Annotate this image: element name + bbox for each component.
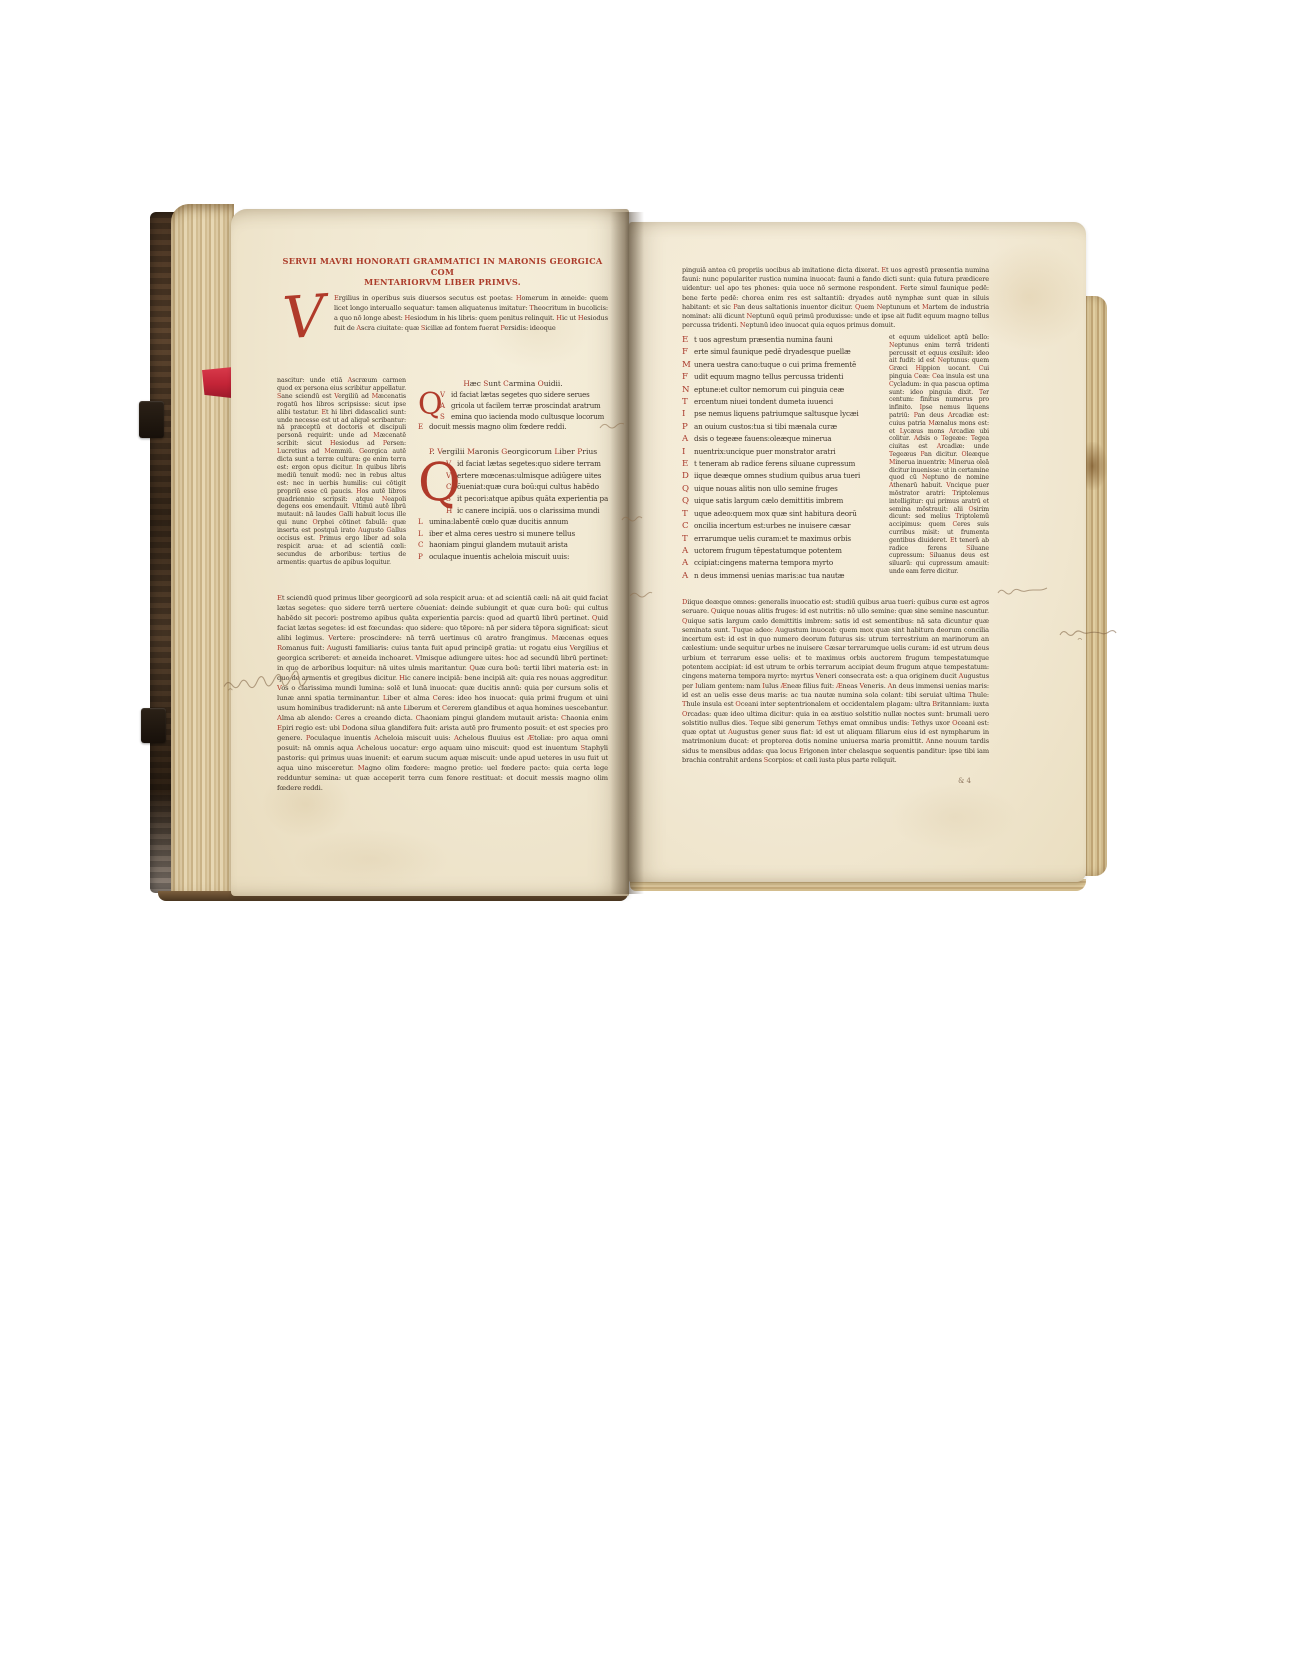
rubricated-capital: S xyxy=(966,545,970,552)
marginal-annotation-right-2 xyxy=(1058,625,1119,645)
rubricated-capital: E xyxy=(799,747,804,755)
verse-text: ic canere incipiā. uos o clarissima mund… xyxy=(454,506,600,515)
verse-initial: T xyxy=(682,396,691,408)
rubricated-capital: T xyxy=(968,691,972,699)
ovid-verse-heading: Hæc Sunt Carmina Ouidii. xyxy=(418,379,608,388)
left-page-text-block: SERVII MAVRI HONORATI GRAMMATICI IN MARO… xyxy=(277,256,608,815)
rubricated-capital: A xyxy=(327,644,332,652)
rubricated-capital: A xyxy=(959,672,964,680)
rubricated-capital: T xyxy=(732,626,736,634)
rubricated-capital: H xyxy=(556,314,562,322)
rubricated-capital: M xyxy=(467,447,475,456)
incipit-section: V Ergilius in operibus suis diuersos sec… xyxy=(277,293,608,353)
rubricated-capital: A xyxy=(357,744,362,752)
verse-initial: T xyxy=(682,508,691,520)
book-photo: SERVII MAVRI HONORATI GRAMMATICI IN MARO… xyxy=(0,0,1301,1672)
rubricated-capital: M xyxy=(358,764,365,772)
rubricated-capital: N xyxy=(877,303,883,311)
drop-cap-Q-small: Q xyxy=(418,390,440,420)
verse-line: Adsis o tegeæe fauens:oleæque minerua xyxy=(682,433,881,445)
rubricated-capital: T xyxy=(912,719,916,727)
bookmark-tab xyxy=(202,367,233,398)
rubricated-capital: T xyxy=(529,304,533,312)
side-column-commentary: et equum uidelicet aptū bello: Neptunus … xyxy=(889,334,989,586)
rubricated-capital: Q xyxy=(711,607,716,615)
incipit-text: Ergilius in operibus suis diuersos secut… xyxy=(334,293,608,333)
verse-text: t teneram ab radice ferens siluane cupre… xyxy=(691,459,855,468)
verse-text: gricola ut facilem terræ proscindat arat… xyxy=(448,402,601,410)
rubricated-capital: M xyxy=(372,393,378,400)
heading-line-1: SERVII MAVRI HONORATI GRAMMATICI IN MARO… xyxy=(277,256,608,277)
verse-line: Hic canere incipiā. uos o clarissima mun… xyxy=(446,505,608,517)
rubricated-capital: G xyxy=(501,447,507,456)
rubricated-capital: H xyxy=(356,488,361,495)
left-page-heading: SERVII MAVRI HONORATI GRAMMATICI IN MARO… xyxy=(277,256,608,288)
rubricated-capital: O xyxy=(735,700,740,708)
rubricated-capital: S xyxy=(483,379,488,388)
verse-line: An deus immensi uenias maris:ac tua naut… xyxy=(682,570,881,582)
drop-cap-Q-large: Q xyxy=(418,458,446,508)
page-stain xyxy=(889,782,1019,852)
inset-verse-column: Hæc Sunt Carmina Ouidii. Q Vid faciat læ… xyxy=(418,357,608,585)
rubricated-capital: G xyxy=(359,448,364,455)
rubricated-capital: T xyxy=(682,700,686,708)
verse-initial: A xyxy=(682,570,691,582)
rubricated-capital: S xyxy=(929,552,933,559)
rubricated-capital: V xyxy=(570,644,574,652)
rubricated-capital: L xyxy=(383,694,387,702)
clasp-top xyxy=(139,401,164,438)
verse-text: udit equum magno tellus percussa trident… xyxy=(691,372,843,381)
verse-text: uique nouas alitis non ullo semine fruge… xyxy=(691,484,838,493)
right-page-text-block: pinguiā antea cū propriis uocibus ab imi… xyxy=(682,266,989,785)
verse-initial: M xyxy=(682,359,691,371)
verse-initial: F xyxy=(682,346,691,358)
fore-edge-stain xyxy=(1083,442,1107,490)
rubricated-capital: G xyxy=(339,511,344,518)
rubricated-capital: T xyxy=(941,435,945,442)
rubricated-capital: I xyxy=(920,404,922,411)
rubricated-capital: Æ xyxy=(781,682,788,690)
verse-text: n deus immensi uenias maris:ac tua nautæ xyxy=(691,571,844,580)
rubricated-capital: E xyxy=(950,537,954,544)
rubricated-capital: A xyxy=(888,682,893,690)
verse-text: id faciat lætas segetes quo sidere serue… xyxy=(448,391,590,399)
verse-line: Neptune:et cultor nemorum cui pinguia ce… xyxy=(682,384,881,396)
rubricated-capital: Q xyxy=(855,303,860,311)
rubricated-capital: A xyxy=(277,714,282,722)
rubricated-capital: A xyxy=(356,324,361,332)
rubricated-capital: L xyxy=(900,428,904,435)
rubricated-capital: V xyxy=(860,682,864,690)
rubricated-capital: C xyxy=(914,373,919,380)
verse-text: dsis o tegeæe fauens:oleæque minerua xyxy=(691,434,831,443)
verse-initial: Q xyxy=(682,483,691,495)
rubricated-capital: A xyxy=(948,412,952,419)
verse-text: uque adeo:quem mox quæ sint habitura deo… xyxy=(691,509,857,518)
verse-line: Vid faciat lætas segetes quo sidere seru… xyxy=(440,390,608,401)
verse-initial: F xyxy=(682,371,691,383)
rubricated-capital: V xyxy=(334,393,338,400)
rubricated-capital: M xyxy=(889,459,895,466)
rubricated-capital: A xyxy=(889,482,893,489)
rubricated-capital: A xyxy=(728,728,733,736)
verse-text: id faciat lætas segetes:quo sidere terra… xyxy=(454,459,601,468)
rubricated-capital: Æ xyxy=(836,682,843,690)
verse-text: nuentrix:uncique puer monstrator aratri xyxy=(691,447,836,456)
verse-text: unera uestra cano:tuque o cui prima frem… xyxy=(691,360,856,369)
verse-initial: V xyxy=(446,470,454,482)
rubricated-capital: M xyxy=(948,459,954,466)
verse-line: Tercentum niuei tondent dumeta iuuenci xyxy=(682,396,881,408)
verse-initial: S xyxy=(440,412,448,423)
rubricated-capital: P xyxy=(914,412,918,419)
rubricated-capital: T xyxy=(889,451,893,458)
verse-line: Et uos agrestum præsentia numina fauni xyxy=(682,334,881,346)
rubricated-capital: P xyxy=(733,303,737,311)
verse-initial: H xyxy=(446,505,454,517)
marginal-mark-gutter-3 xyxy=(628,590,654,600)
verse-initial: P xyxy=(682,421,691,433)
verse-line: Poculaque inuentis acheloia miscuit uuis… xyxy=(418,551,608,563)
verse-initial: C xyxy=(682,520,691,532)
rubricated-capital: A xyxy=(374,734,379,742)
rubricated-capital: C xyxy=(335,714,340,722)
rubricated-capital: E xyxy=(322,409,327,416)
rubricated-capital: L xyxy=(403,704,407,712)
rubricated-capital: O xyxy=(312,519,317,526)
rubricated-capital: Q xyxy=(682,617,687,625)
verse-text: umina:labentē cœlo quæ ducitis annum xyxy=(426,517,568,526)
rubricated-capital: M xyxy=(928,420,934,427)
verse-initial: A xyxy=(682,433,691,445)
verse-text: pse nemus liquens patriumque saltusque l… xyxy=(691,409,859,418)
verse-text: uique satis largum cælo demittitis imbre… xyxy=(691,496,843,505)
verse-initial: S xyxy=(446,493,454,505)
verse-line: Lumina:labentē cœlo quæ ducitis annum xyxy=(418,516,608,528)
rubricated-capital: V xyxy=(352,503,356,510)
verse-initial: A xyxy=(682,545,691,557)
rubricated-capital: C xyxy=(889,381,894,388)
verse-line: Concilia incertum est:urbes ne inuisere … xyxy=(682,520,881,532)
verse-initial: N xyxy=(682,384,691,396)
rubricated-capital: S xyxy=(764,756,768,764)
verse-text: haoniam pingui glandem mutauit arista xyxy=(426,540,568,549)
rubricated-capital: C xyxy=(561,714,566,722)
verse-initial: A xyxy=(682,557,691,569)
verse-initial: D xyxy=(682,470,691,482)
right-page: pinguiā antea cū propriis uocibus ab imi… xyxy=(629,222,1086,882)
rubricated-capital: O xyxy=(969,506,974,513)
verse-text: an ouium custos:tua si tibi mænala curæ xyxy=(691,422,837,431)
rubricated-capital: G xyxy=(889,365,894,372)
rubricated-capital: N xyxy=(938,357,943,364)
rubricated-capital: C xyxy=(932,373,937,380)
verse-line: Tuque adeo:quem mox quæ sint habitura de… xyxy=(682,508,881,520)
rubricated-capital: H xyxy=(330,440,335,447)
rubricated-capital: T xyxy=(979,389,983,396)
left-column-commentary: nascitur: unde etiā Ascræum carmen quod … xyxy=(277,377,406,585)
rubricated-capital: C xyxy=(979,365,984,372)
marginal-mark-gutter-2 xyxy=(620,514,644,524)
rubricated-capital: O xyxy=(952,719,957,727)
verse-line: Cōueniat:quæ cura boū:qui cultus habēdo xyxy=(446,481,608,493)
verse-line: Diique deæque omnes studium quibus arua … xyxy=(682,470,881,482)
rubricated-capital: A xyxy=(775,626,780,634)
verse-initial: T xyxy=(682,533,691,545)
verse-initial: E xyxy=(418,422,426,433)
rubricated-capital: A xyxy=(937,443,941,450)
rubricated-capital: I xyxy=(695,682,698,690)
rubricated-capital: M xyxy=(324,448,330,455)
verse-text: errarumque uelis curam:et te maximus orb… xyxy=(691,534,851,543)
rubricated-capital: E xyxy=(334,294,339,302)
rubricated-capital: P xyxy=(319,535,323,542)
rubricated-capital: A xyxy=(949,428,953,435)
rubricated-capital: C xyxy=(416,714,421,722)
rubricated-capital: S xyxy=(277,393,281,400)
rubricated-capital: V xyxy=(328,634,332,642)
rubricated-capital: O xyxy=(682,710,687,718)
rubricated-capital: I xyxy=(762,682,765,690)
verse-text: ccipiat:cingens materna tempora myrto xyxy=(691,558,833,567)
verse-initial: P xyxy=(418,551,426,563)
verse-line: Chaoniam pingui glandem mutauit arista xyxy=(418,539,608,551)
verse-line: Auctorem frugum tēpestatumque potentem xyxy=(682,545,881,557)
verse-line: Ferte simul faunique pedē dryadesque pue… xyxy=(682,346,881,358)
rubricated-capital: G xyxy=(386,527,391,534)
verse-initial: C xyxy=(418,539,426,551)
verse-initial: L xyxy=(418,528,426,540)
rubricated-capital: N xyxy=(747,312,753,320)
verse-line: Munera uestra cano:tuque o cui prima fre… xyxy=(682,359,881,371)
rubricated-capital: B xyxy=(932,700,937,708)
rubricated-capital: Æ xyxy=(527,734,534,742)
rubricated-capital: S xyxy=(421,324,425,332)
rubricated-capital: C xyxy=(433,694,438,702)
rubricated-capital: M xyxy=(373,432,379,439)
verse-line: Et teneram ab radice ferens siluane cupr… xyxy=(682,458,881,470)
rubricated-capital: T xyxy=(971,435,975,442)
drop-cap-V: V xyxy=(275,287,333,347)
verse-initial: E xyxy=(682,334,691,346)
clasp-bottom xyxy=(141,708,166,743)
rubricated-capital: A xyxy=(454,734,459,742)
right-page-bottom-commentary: Diique deæque omnes: generalis inuocatio… xyxy=(682,598,989,774)
verse-text: docuit messis magno olim fœdere reddi. xyxy=(426,423,566,431)
verse-line: Accipiat:cingens materna tempora myrto xyxy=(682,557,881,569)
rubricated-capital: V xyxy=(415,654,420,662)
rubricated-capital: P xyxy=(920,451,924,458)
right-page-columns: Et uos agrestum præsentia numina fauniFe… xyxy=(682,334,989,586)
fore-edge xyxy=(1083,296,1107,876)
verse-line: Vid faciat lætas segetes:quo sidere terr… xyxy=(446,458,608,470)
right-page-top-commentary: pinguiā antea cū propriis uocibus ab imi… xyxy=(682,266,989,330)
verse-initial: I xyxy=(682,408,691,420)
rubricated-capital: N xyxy=(922,474,927,481)
left-page-bottom-commentary: Et sciendū quod primus liber georgicorū … xyxy=(277,593,608,815)
verse-line: Inuentrix:uncique puer monstrator aratri xyxy=(682,446,881,458)
rubricated-capital: A xyxy=(358,527,362,534)
rubricated-capital: O xyxy=(962,451,967,458)
rubricated-capital: C xyxy=(953,521,958,528)
verse-text: ōueniat:quæ cura boū:qui cultus habēdo xyxy=(454,482,599,491)
rubricated-capital: N xyxy=(740,321,746,329)
verse-text: iber et alma ceres uestro si munere tell… xyxy=(426,529,575,538)
verse-text: iique deæque omnes studium quibus arua t… xyxy=(691,471,860,480)
rubricated-capital: E xyxy=(881,266,886,274)
georgics-verse-block: Q Vid faciat lætas segetes:quo sidere te… xyxy=(418,458,608,562)
rubricated-capital: T xyxy=(817,719,821,727)
verse-text: ercentum niuei tondent dumeta iuuenci xyxy=(691,397,833,406)
rubricated-capital: M xyxy=(922,303,929,311)
rubricated-capital: V xyxy=(946,482,950,489)
georgics-verse-lines: Vid faciat lætas segetes:quo sidere terr… xyxy=(418,458,608,562)
verse-line: Terrarumque uelis curam:et te maximus or… xyxy=(682,533,881,545)
rubricated-capital: Q xyxy=(592,614,597,622)
rubricated-capital: P xyxy=(577,447,582,456)
verse-text: erte simul faunique pedē dryadesque puel… xyxy=(691,347,851,356)
rubricated-capital: D xyxy=(682,598,687,606)
rubricated-capital: L xyxy=(554,447,559,456)
rubricated-capital: P xyxy=(500,324,504,332)
rubricated-capital: I xyxy=(356,464,358,471)
rubricated-capital: R xyxy=(277,644,282,652)
verse-text: oculaque inuentis acheloia miscuit uuis: xyxy=(426,552,569,561)
rubricated-capital: Q xyxy=(469,664,474,672)
verse-line: Liber et alma ceres uestro si munere tel… xyxy=(418,528,608,540)
rubricated-capital: F xyxy=(900,284,904,292)
verse-initial: E xyxy=(682,458,691,470)
verse-line: Pan ouium custos:tua si tibi mænala curæ xyxy=(682,421,881,433)
page-stain xyxy=(291,829,451,889)
verse-initial: Q xyxy=(682,495,691,507)
verse-line: Semina quo iacienda modo cultusque locor… xyxy=(440,412,608,423)
verse-text: eptune:et cultor nemorum cui pinguia ceæ xyxy=(691,385,844,394)
rubricated-capital: C xyxy=(503,379,509,388)
rubricated-capital: H xyxy=(516,294,522,302)
rubricated-capital: O xyxy=(538,379,544,388)
rubricated-capital: E xyxy=(277,724,282,732)
rubricated-capital: T xyxy=(750,719,754,727)
verse-line: Edocuit messis magno olim fœdere reddi. xyxy=(418,422,608,433)
verse-initial: I xyxy=(682,446,691,458)
verse-line: Quique nouas alitis non ullo semine frug… xyxy=(682,483,881,495)
verse-initial: L xyxy=(418,516,426,528)
page-edges-left xyxy=(171,204,234,898)
rubricated-capital: N xyxy=(382,496,387,503)
verse-initial: A xyxy=(440,401,448,412)
rubricated-capital: P xyxy=(306,734,310,742)
verse-line: Fudit equum magno tellus percussa triden… xyxy=(682,371,881,383)
verse-text: it pecori:atque apibus quāta experientia… xyxy=(454,494,608,503)
rubricated-capital: H xyxy=(463,379,469,388)
rubricated-capital: S xyxy=(580,744,585,752)
rubricated-capital: M xyxy=(552,634,559,642)
verse-line: Vertere mœcenas:ulmisque adiūgere uites xyxy=(446,470,608,482)
marginal-mark-gutter-1 xyxy=(598,420,626,432)
marginal-annotation-right-1 xyxy=(996,586,1054,598)
verse-text: uctorem frugum tēpestatumque potentem xyxy=(691,546,842,555)
verse-initial: V xyxy=(446,458,454,470)
rubricated-capital: T xyxy=(952,490,956,497)
rubricated-capital: L xyxy=(277,448,281,455)
rubricated-capital: H xyxy=(399,674,405,682)
verse-initial: V xyxy=(440,390,448,401)
left-page-columns: nascitur: unde etiā Ascræum carmen quod … xyxy=(277,357,608,585)
rubricated-capital: H xyxy=(405,314,411,322)
rubricated-capital: H xyxy=(578,314,584,322)
rubricated-capital: P xyxy=(383,440,387,447)
rubricated-capital: A xyxy=(348,377,352,384)
rubricated-capital: A xyxy=(914,435,918,442)
georgics-invocation-verse: Et uos agrestum præsentia numina fauniFe… xyxy=(682,334,881,586)
ovid-verse-block: Q Vid faciat lætas segetes quo sidere se… xyxy=(418,390,608,433)
verse-line: Sit pecori:atque apibus quāta experienti… xyxy=(446,493,608,505)
rubricated-capital: H xyxy=(916,365,921,372)
verse-text: ertere mœcenas:ulmisque adiūgere uites xyxy=(454,471,601,480)
verse-initial: C xyxy=(446,481,454,493)
rubricated-capital: C xyxy=(442,704,447,712)
rubricated-capital: N xyxy=(889,342,894,349)
quire-signature-mark: & 4 xyxy=(682,777,989,785)
rubricated-capital: A xyxy=(926,737,931,745)
rubricated-capital: C xyxy=(824,644,829,652)
rubricated-capital: E xyxy=(277,594,282,602)
left-page: SERVII MAVRI HONORATI GRAMMATICI IN MARO… xyxy=(231,209,629,896)
rubricated-capital: V xyxy=(816,672,820,680)
verse-text: emina quo iacienda modo cultusque locoru… xyxy=(448,413,604,421)
verse-line: Ipse nemus liquens patriumque saltusque … xyxy=(682,408,881,420)
verse-text: oncilia incertum est:urbes ne inuisere c… xyxy=(691,521,850,530)
verse-line: Agricola ut facilem terræ proscindat ara… xyxy=(440,401,608,412)
rubricated-capital: T xyxy=(955,513,959,520)
verse-text: t uos agrestum præsentia numina fauni xyxy=(691,335,833,344)
verse-line: Quique satis largum cælo demittitis imbr… xyxy=(682,495,881,507)
ovid-verse-lines: Vid faciat lætas segetes quo sidere seru… xyxy=(418,390,608,433)
rubricated-capital: D xyxy=(342,724,347,732)
